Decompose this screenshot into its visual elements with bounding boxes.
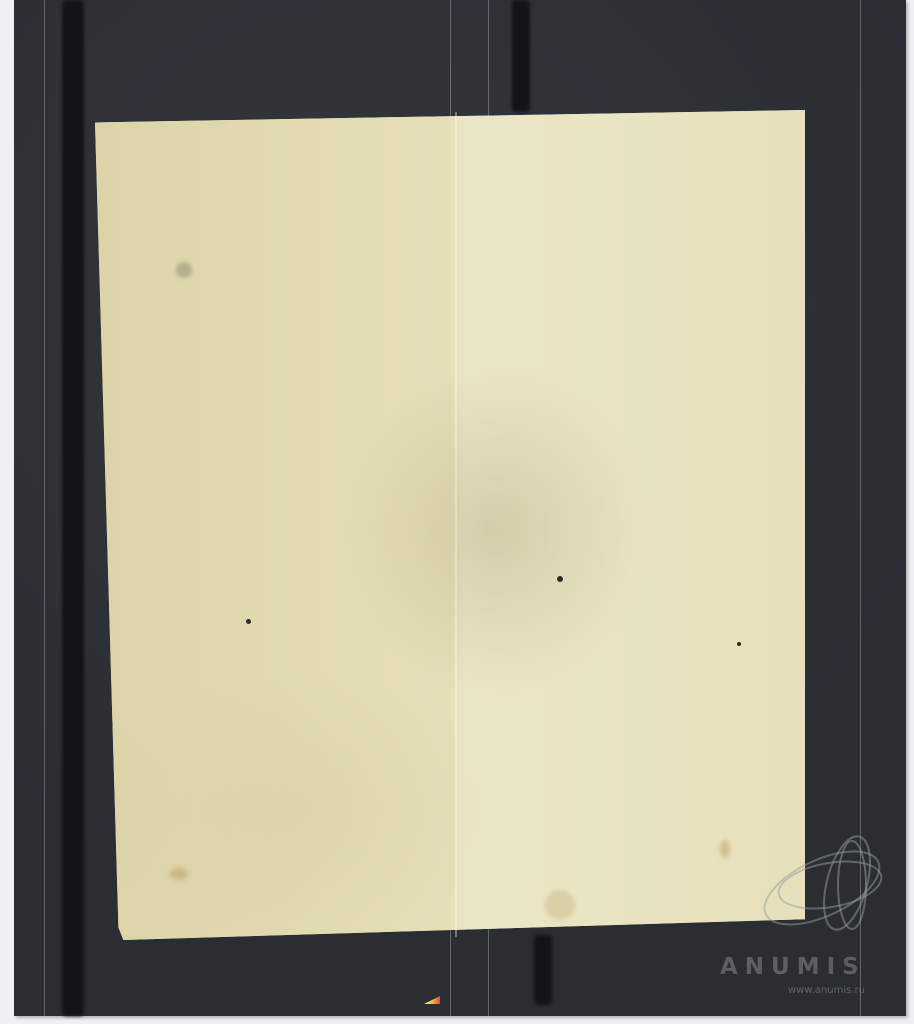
paper-fold-line xyxy=(455,112,457,937)
dark-streak xyxy=(534,935,552,1005)
foxing-stain xyxy=(545,890,575,920)
paper-spot xyxy=(246,619,251,624)
paper-spot xyxy=(737,642,741,646)
watermark-url: www.anumis.ru xyxy=(788,985,865,996)
dark-streak xyxy=(62,0,84,1016)
foxing-stain xyxy=(720,840,730,858)
paper-spot xyxy=(557,576,563,582)
foxing-stain xyxy=(170,868,188,880)
dark-streak xyxy=(512,0,530,112)
watermark-brand: ANUMIS xyxy=(720,954,866,980)
paper-spot xyxy=(176,262,192,278)
anumis-logo-icon xyxy=(752,833,892,943)
mount-guide-line xyxy=(44,0,45,1016)
stamp-reverse xyxy=(95,110,805,940)
